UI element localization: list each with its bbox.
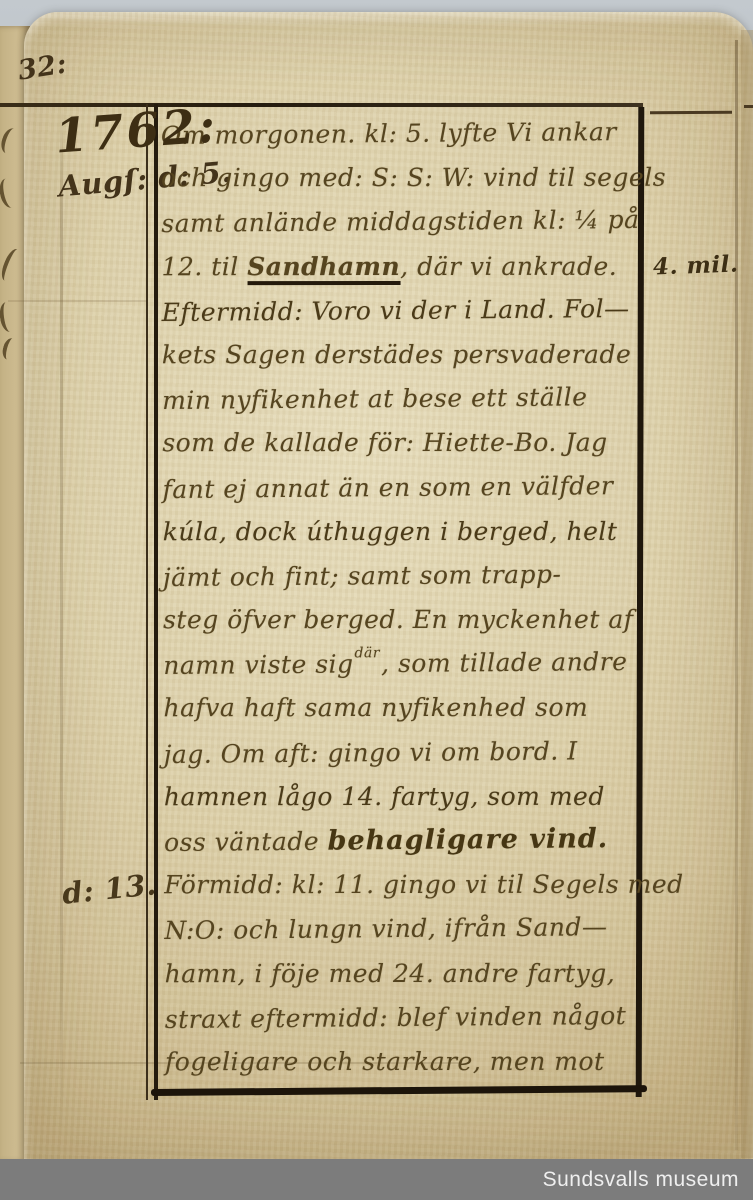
distance-note: 4. mil.: [653, 251, 739, 281]
line-segment: hafva haft sama nyfikenhed som: [163, 693, 588, 722]
line-segment: oss väntade: [164, 827, 328, 857]
line-segment: Eftermidd: Voro vi der i Land. Fol—: [162, 294, 630, 327]
manuscript-photo: 32: 1762: Augſ: d: 5. 4. mil. d: 13. Om …: [0, 0, 753, 1200]
manuscript-line: kets Sagen derstädes persvaderade: [162, 333, 634, 378]
frame-left-rule: [154, 104, 158, 1100]
line-segment: , där vi ankrade.: [400, 251, 617, 280]
underlined-place-name: Sandhamn: [247, 252, 400, 285]
manuscript-line: Eftermidd: Voro vi der i Land. Fol—: [162, 287, 634, 335]
frame-top-rule-margin: [650, 111, 732, 115]
line-segment: straxt eftermidd: blef vinden något: [165, 1001, 627, 1034]
manuscript-line: jämt och fint; samt som trapp-: [163, 552, 635, 600]
line-segment: och gingo med: S: S: W: vind til segels: [161, 163, 666, 192]
museum-band: Sundsvalls museum: [0, 1159, 753, 1200]
year-heading: 1762:: [53, 98, 220, 164]
manuscript-text: Om morgonen. kl: 5. lyfte Vi ankaroch gi…: [161, 111, 637, 1093]
manuscript-line: oss väntade behagligare vind.: [164, 817, 636, 865]
manuscript-line: straxt eftermidd: blef vinden något: [165, 994, 637, 1042]
line-segment: steg öfver berged. En myckenhet af: [163, 605, 633, 634]
line-segment: min nyfikenhet at bese ett ställe: [162, 382, 588, 415]
frame-top-rule-edge: [744, 105, 753, 108]
line-segment: jag. Om aft: gingo vi om bord. I: [164, 736, 578, 769]
line-segment: fogeligare och starkare, men mot: [165, 1047, 605, 1076]
manuscript-line: kúla, dock úthuggen i berged, helt: [163, 509, 635, 554]
manuscript-line: och gingo med: S: S: W: vind til segels: [161, 156, 633, 201]
line-segment: N:O: och lungn vind, ifrån Sand—: [164, 913, 607, 946]
line-segment: kets Sagen derstädes persvaderade: [162, 340, 631, 369]
line-segment: kúla, dock úthuggen i berged, helt: [163, 516, 618, 545]
manuscript-line: hamnen lågo 14. fartyg, som med: [164, 775, 636, 820]
frame-left-rule-inner: [146, 104, 148, 1100]
manuscript-line: fant ej annat än en som en välfder: [162, 463, 634, 511]
manuscript-line: samt anlände middagstiden kl: ¼ på: [161, 198, 633, 246]
line-segment: där: [354, 631, 380, 675]
line-segment: fant ej annat än en som en välfder: [162, 471, 613, 504]
line-segment: , som tillade andre: [381, 647, 628, 678]
line-segment: samt anlände middagstiden kl: ¼ på: [161, 205, 639, 238]
line-segment: Förmidd: kl: 11. gingo vi til Segels med: [164, 870, 683, 899]
manuscript-line: som de kallade för: Hiette-Bo. Jag: [162, 421, 634, 466]
manuscript-line: jag. Om aft: gingo vi om bord. I: [163, 729, 635, 777]
line-segment: Om morgonen. kl: 5. lyfte Vi ankar: [161, 117, 617, 150]
museum-watermark: Sundsvalls museum: [543, 1168, 753, 1192]
manuscript-line: Förmidd: kl: 11. gingo vi til Segels med: [164, 863, 636, 908]
manuscript-line: hamn, i föje med 24. andre fartyg,: [165, 951, 637, 996]
manuscript-line: steg öfver berged. En myckenhet af: [163, 598, 635, 643]
manuscript-line: hafva haft sama nyfikenhed som: [163, 686, 635, 731]
line-segment: jämt och fint; samt som trapp-: [163, 559, 562, 591]
manuscript-line: min nyfikenhet at bese ett ställe: [162, 375, 634, 423]
line-segment: namn viste sig: [163, 650, 354, 681]
line-segment: hamn, i föje med 24. andre fartyg,: [165, 958, 616, 987]
line-segment: 12. til: [162, 252, 248, 281]
manuscript-line: namn viste sigdär, som tillade andre: [163, 640, 635, 688]
line-segment: behagligare vind.: [327, 823, 608, 856]
manuscript-line: N:O: och lungn vind, ifrån Sand—: [164, 905, 636, 953]
manuscript-line: fogeligare och starkare, men mot: [165, 1040, 637, 1085]
manuscript-line: Om morgonen. kl: 5. lyfte Vi ankar: [161, 110, 633, 158]
line-segment: som de kallade för: Hiette-Bo. Jag: [162, 428, 607, 457]
manuscript-line: 12. til Sandhamn, där vi ankrade.: [162, 244, 634, 289]
line-segment: hamnen lågo 14. fartyg, som med: [164, 782, 605, 811]
